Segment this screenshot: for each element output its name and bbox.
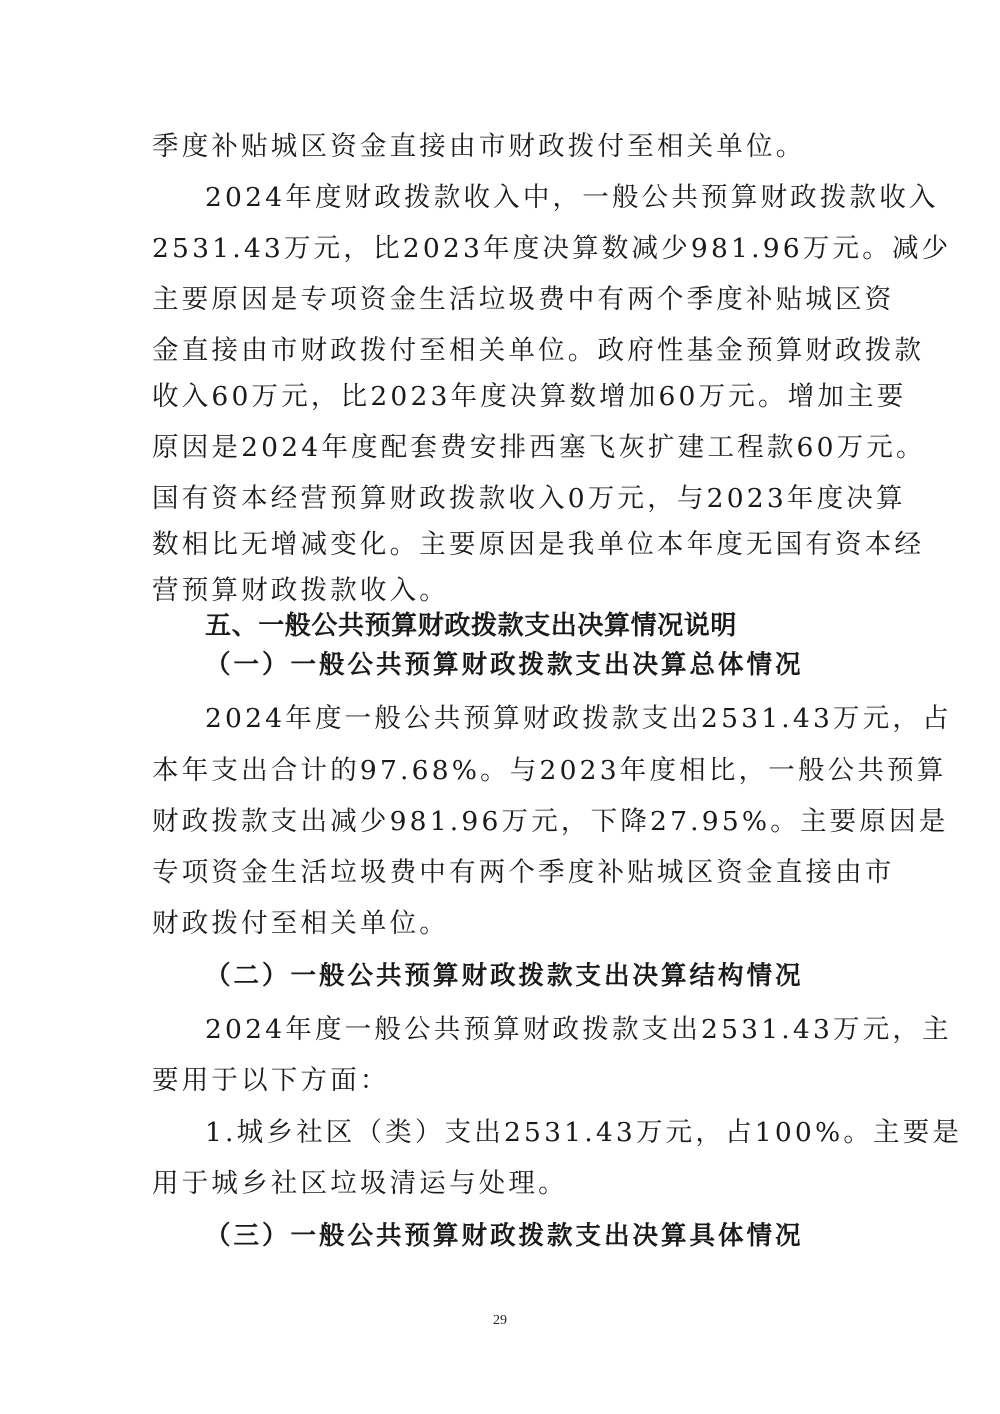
paragraph-line: 本年支出合计的97.68%。与2023年度相比，一般公共预算 bbox=[152, 754, 852, 788]
paragraph-line: 2531.43万元，比2023年度决算数减少981.96万元。减少 bbox=[152, 232, 852, 266]
paragraph-line: 1.城乡社区（类）支出2531.43万元，占100%。主要是 bbox=[205, 1116, 852, 1150]
paragraph-line: 营预算财政拨款收入。 bbox=[152, 574, 852, 608]
paragraph-line: 金直接由市财政拨付至相关单位。政府性基金预算财政拨款 bbox=[152, 334, 852, 368]
paragraph-line: 2024年度一般公共预算财政拨款支出2531.43万元，主 bbox=[205, 1013, 852, 1047]
paragraph-line: 专项资金生活垃圾费中有两个季度补贴城区资金直接由市 bbox=[152, 856, 852, 890]
paragraph-line: 季度补贴城区资金直接由市财政拨付至相关单位。 bbox=[152, 130, 852, 164]
section-heading: 五、一般公共预算财政拨款支出决算情况说明 bbox=[205, 609, 737, 643]
page-number: 29 bbox=[0, 1313, 1000, 1329]
paragraph-line: 主要原因是专项资金生活垃圾费中有两个季度补贴城区资 bbox=[152, 283, 852, 317]
paragraph-line: 要用于以下方面： bbox=[152, 1064, 852, 1098]
paragraph-line: 收入60万元，比2023年度决算数增加60万元。增加主要 bbox=[152, 380, 852, 414]
paragraph-line: 原因是2024年度配套费安排西塞飞灰扩建工程款60万元。 bbox=[152, 431, 852, 465]
paragraph-line: 财政拨付至相关单位。 bbox=[152, 907, 852, 941]
subsection-heading-2: （二）一般公共预算财政拨款支出决算结构情况 bbox=[205, 959, 804, 993]
paragraph-line: 数相比无增减变化。主要原因是我单位本年度无国有资本经 bbox=[152, 528, 852, 562]
paragraph-line: 财政拨款支出减少981.96万元，下降27.95%。主要原因是 bbox=[152, 805, 852, 839]
subsection-heading-1: （一）一般公共预算财政拨款支出决算总体情况 bbox=[205, 648, 804, 682]
paragraph-line: 国有资本经营预算财政拨款收入0万元，与2023年度决算 bbox=[152, 482, 852, 516]
paragraph-line: 2024年度一般公共预算财政拨款支出2531.43万元，占 bbox=[205, 702, 852, 736]
paragraph-line: 2024年度财政拨款收入中，一般公共预算财政拨款收入 bbox=[205, 181, 852, 215]
subsection-heading-3: （三）一般公共预算财政拨款支出决算具体情况 bbox=[205, 1219, 804, 1253]
paragraph-line: 用于城乡社区垃圾清运与处理。 bbox=[152, 1167, 852, 1201]
document-page: 季度补贴城区资金直接由市财政拨付至相关单位。 2024年度财政拨款收入中，一般公… bbox=[0, 0, 1000, 1414]
